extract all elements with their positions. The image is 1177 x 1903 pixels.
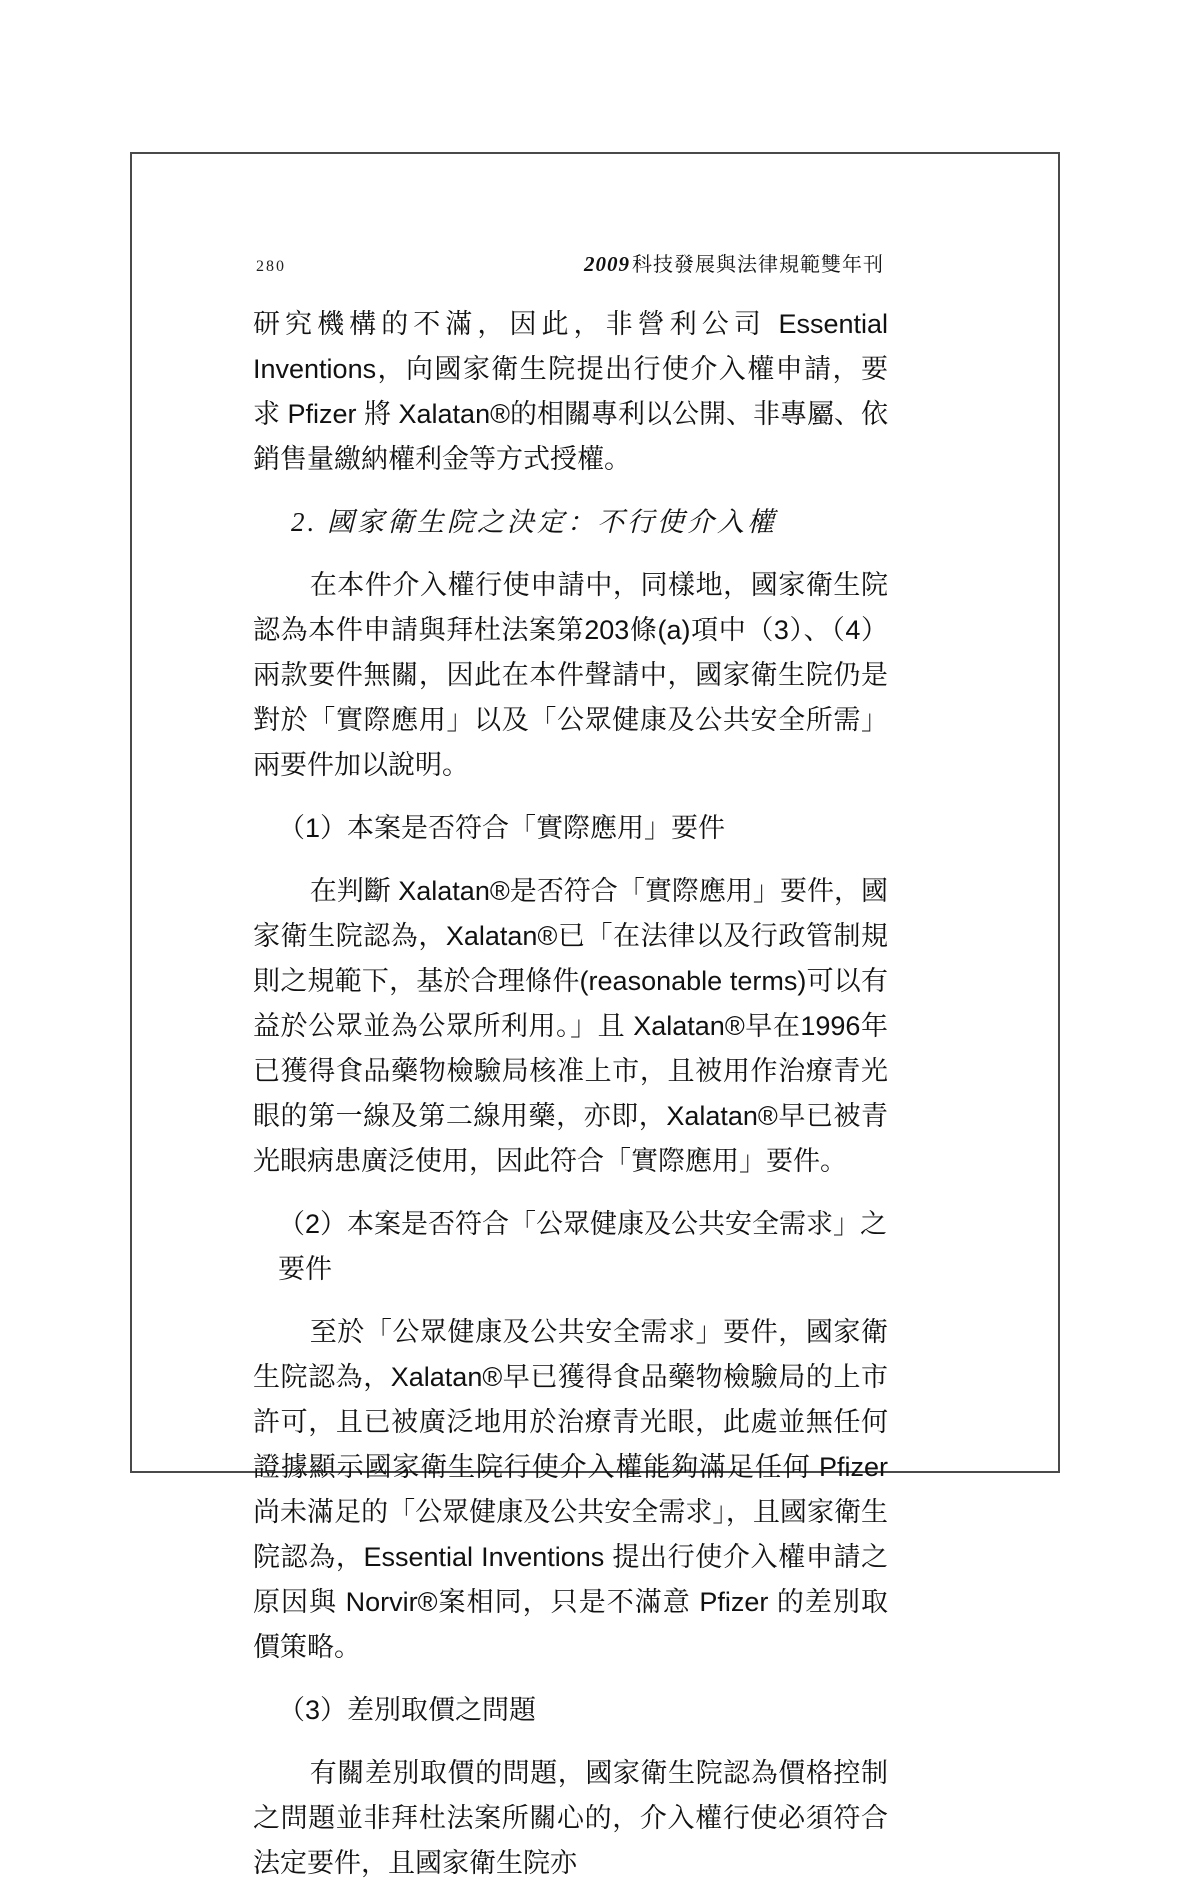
paragraph: 在判斷 Xalatan®是否符合「實際應用」要件，國家衛生院認為，Xalatan… <box>253 869 888 1184</box>
page-header: 280 2009科技發展與法律規範雙年刊 <box>256 248 884 277</box>
paragraph: 至於「公眾健康及公共安全需求」要件，國家衛生院認為，Xalatan®早已獲得食品… <box>253 1310 888 1670</box>
sub-heading: （2）本案是否符合「公眾健康及公共安全需求」之要件 <box>278 1202 888 1292</box>
paragraph: 在本件介入權行使申請中，同樣地，國家衛生院認為本件申請與拜杜法案第203條(a)… <box>253 563 888 788</box>
sub-heading: （1）本案是否符合「實際應用」要件 <box>278 806 888 851</box>
sub-heading: （3）差別取價之問題 <box>278 1688 888 1733</box>
paragraph: 研究機構的不滿，因此，非營利公司 Essential Inventions，向國… <box>253 302 888 482</box>
document-body: 研究機構的不滿，因此，非營利公司 Essential Inventions，向國… <box>253 302 888 1903</box>
journal-title: 2009科技發展與法律規範雙年刊 <box>584 248 884 277</box>
page-number: 280 <box>256 258 286 276</box>
page-border-frame: 280 2009科技發展與法律規範雙年刊 研究機構的不滿，因此，非營利公司 Es… <box>130 152 1060 1473</box>
paragraph: 有關差別取價的問題，國家衛生院認為價格控制之問題並非拜杜法案所關心的，介入權行使… <box>253 1751 888 1886</box>
journal-title-text: 科技發展與法律規範雙年刊 <box>632 254 884 276</box>
journal-year: 2009 <box>584 252 630 276</box>
section-heading: 2. 國家衛生院之決定：不行使介入權 <box>291 500 888 545</box>
